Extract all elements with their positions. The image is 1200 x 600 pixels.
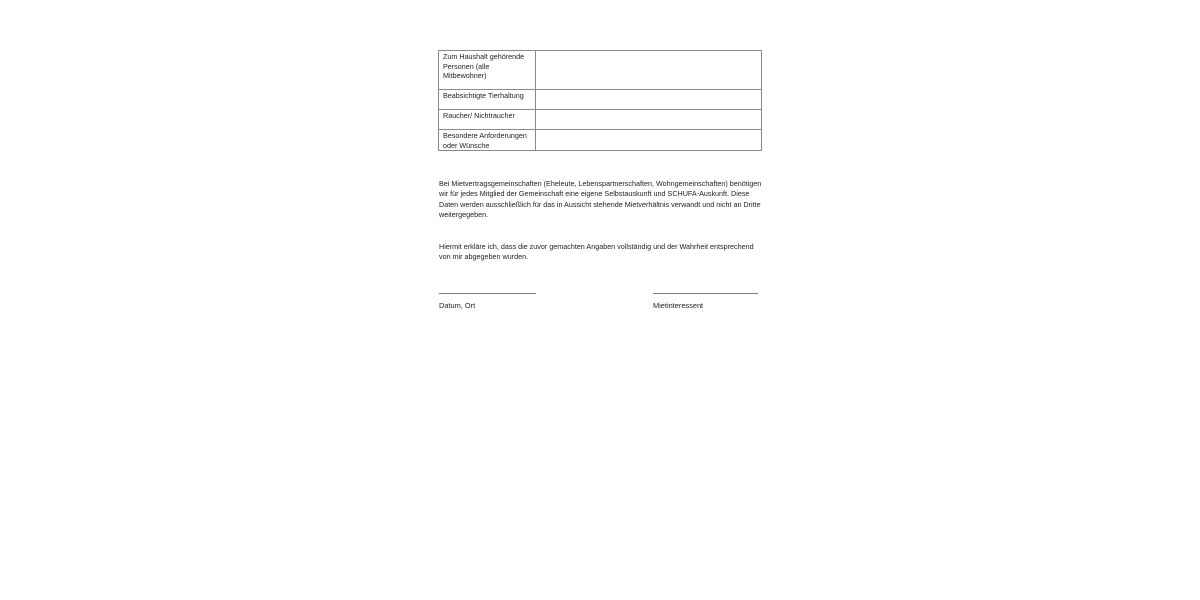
- table-row: Zum Haushalt gehörende Personen (alle Mi…: [439, 51, 762, 90]
- tenant-info-table: Zum Haushalt gehörende Personen (alle Mi…: [438, 50, 762, 151]
- row-label-household: Zum Haushalt gehörende Personen (alle Mi…: [439, 51, 536, 90]
- document-page: Zum Haushalt gehörende Personen (alle Mi…: [0, 0, 1200, 600]
- row-value-special-requests[interactable]: [536, 130, 762, 151]
- declaration-paragraph: Hiermit erkläre ich, dass die zuvor gema…: [439, 242, 765, 263]
- table-row: Beabsichtigte Tierhaltung: [439, 90, 762, 110]
- tenant-signature-label: Mietinteressent: [653, 301, 703, 311]
- schufa-notice-paragraph: Bei Mietvertragsgemeinschaften (Eheleute…: [439, 179, 765, 221]
- row-label-special-requests: Besondere Anforderungen oder Wünsche: [439, 130, 536, 151]
- row-label-smoker: Raucher/ Nichtraucher: [439, 110, 536, 130]
- date-place-label: Datum, Ort: [439, 301, 475, 311]
- date-place-signature-line[interactable]: [439, 293, 536, 294]
- table-row: Besondere Anforderungen oder Wünsche: [439, 130, 762, 151]
- row-label-pets: Beabsichtigte Tierhaltung: [439, 90, 536, 110]
- row-value-smoker[interactable]: [536, 110, 762, 130]
- table-row: Raucher/ Nichtraucher: [439, 110, 762, 130]
- row-value-household[interactable]: [536, 51, 762, 90]
- tenant-signature-line[interactable]: [653, 293, 758, 294]
- row-value-pets[interactable]: [536, 90, 762, 110]
